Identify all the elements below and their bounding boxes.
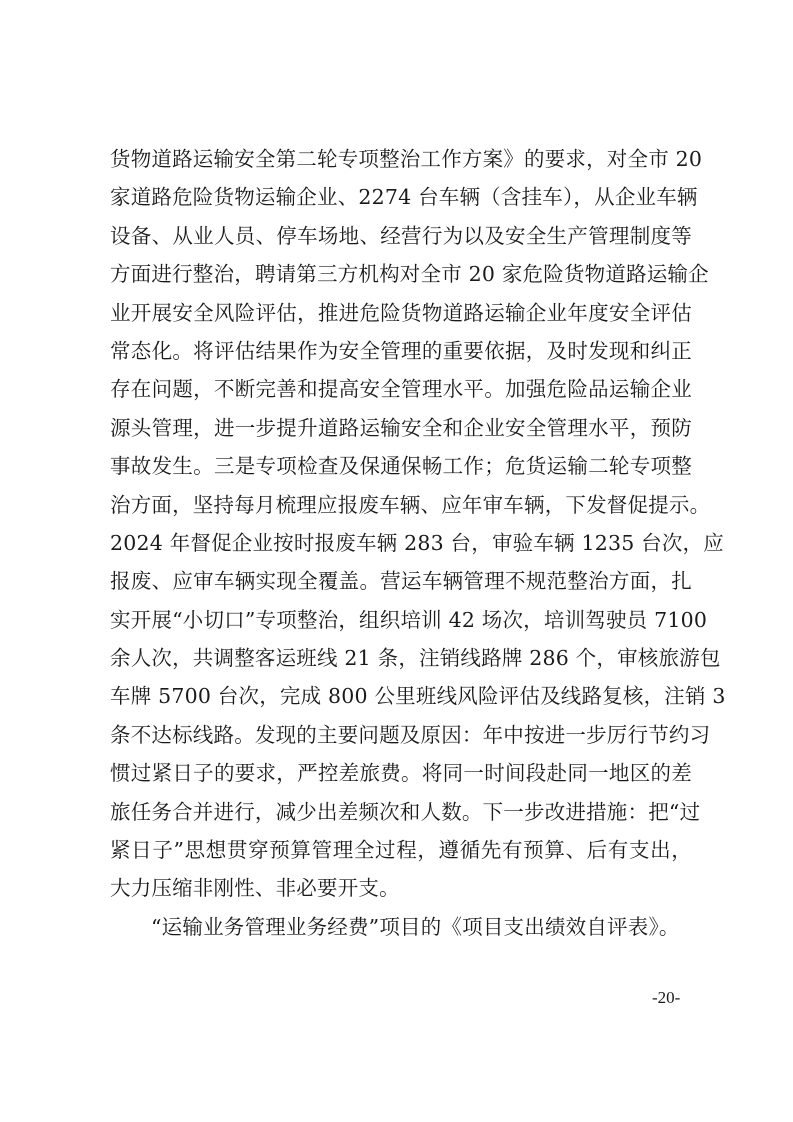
- text-line: 2024 年督促企业按时报废车辆 283 台，审验车辆 1235 台次，应: [110, 524, 692, 562]
- text-line: 源头管理，进一步提升道路运输安全和企业安全管理水平，预防: [110, 409, 692, 447]
- text-line: 存在问题，不断完善和提高安全管理水平。加强危险品运输企业: [110, 370, 692, 408]
- text-line: 大力压缩非刚性、非必要开支。: [110, 869, 692, 907]
- text-line: 报废、应审车辆实现全覆盖。营运车辆管理不规范整治方面，扎: [110, 562, 692, 600]
- text-line: 余人次，共调整客运班线 21 条，注销线路牌 286 个，审核旅游包: [110, 639, 692, 677]
- text-line: 业开展安全风险评估，推进危险货物道路运输企业年度安全评估: [110, 294, 692, 332]
- text-line: 事故发生。三是专项检查及保通保畅工作；危货运输二轮专项整: [110, 447, 692, 485]
- body-text: 货物道路运输安全第二轮专项整治工作方案》的要求，对全市 20 家道路危险货物运输…: [110, 140, 692, 946]
- text-line: 紧日子”思想贯穿预算管理全过程，遵循先有预算、后有支出，: [110, 831, 692, 869]
- text-line: 旅任务合并进行，减少出差频次和人数。下一步改进措施：把“过: [110, 793, 692, 831]
- text-line: 家道路危险货物运输企业、2274 台车辆（含挂车），从企业车辆: [110, 178, 692, 216]
- document-page: 货物道路运输安全第二轮专项整治工作方案》的要求，对全市 20 家道路危险货物运输…: [0, 0, 793, 1122]
- text-line: 条不达标线路。发现的主要问题及原因：年中按进一步厉行节约习: [110, 716, 692, 754]
- text-line: 车牌 5700 台次，完成 800 公里班线风险评估及线路复核，注销 3: [110, 677, 692, 715]
- text-line: 惯过紧日子的要求，严控差旅费。将同一时间段赴同一地区的差: [110, 754, 692, 792]
- page-number: -20-: [652, 988, 680, 1008]
- text-line: 实开展“小切口”专项整治，组织培训 42 场次，培训驾驶员 7100: [110, 601, 692, 639]
- text-line: 常态化。将评估结果作为安全管理的重要依据，及时发现和纠正: [110, 332, 692, 370]
- text-line: 方面进行整治，聘请第三方机构对全市 20 家危险货物道路运输企: [110, 255, 692, 293]
- text-line: 货物道路运输安全第二轮专项整治工作方案》的要求，对全市 20: [110, 140, 692, 178]
- text-line: 治方面，坚持每月梳理应报废车辆、应年审车辆，下发督促提示。: [110, 486, 692, 524]
- text-line: 设备、从业人员、停车场地、经营行为以及安全生产管理制度等: [110, 217, 692, 255]
- closing-paragraph: “运输业务管理业务经费”项目的《项目支出绩效自评表》。: [110, 908, 692, 946]
